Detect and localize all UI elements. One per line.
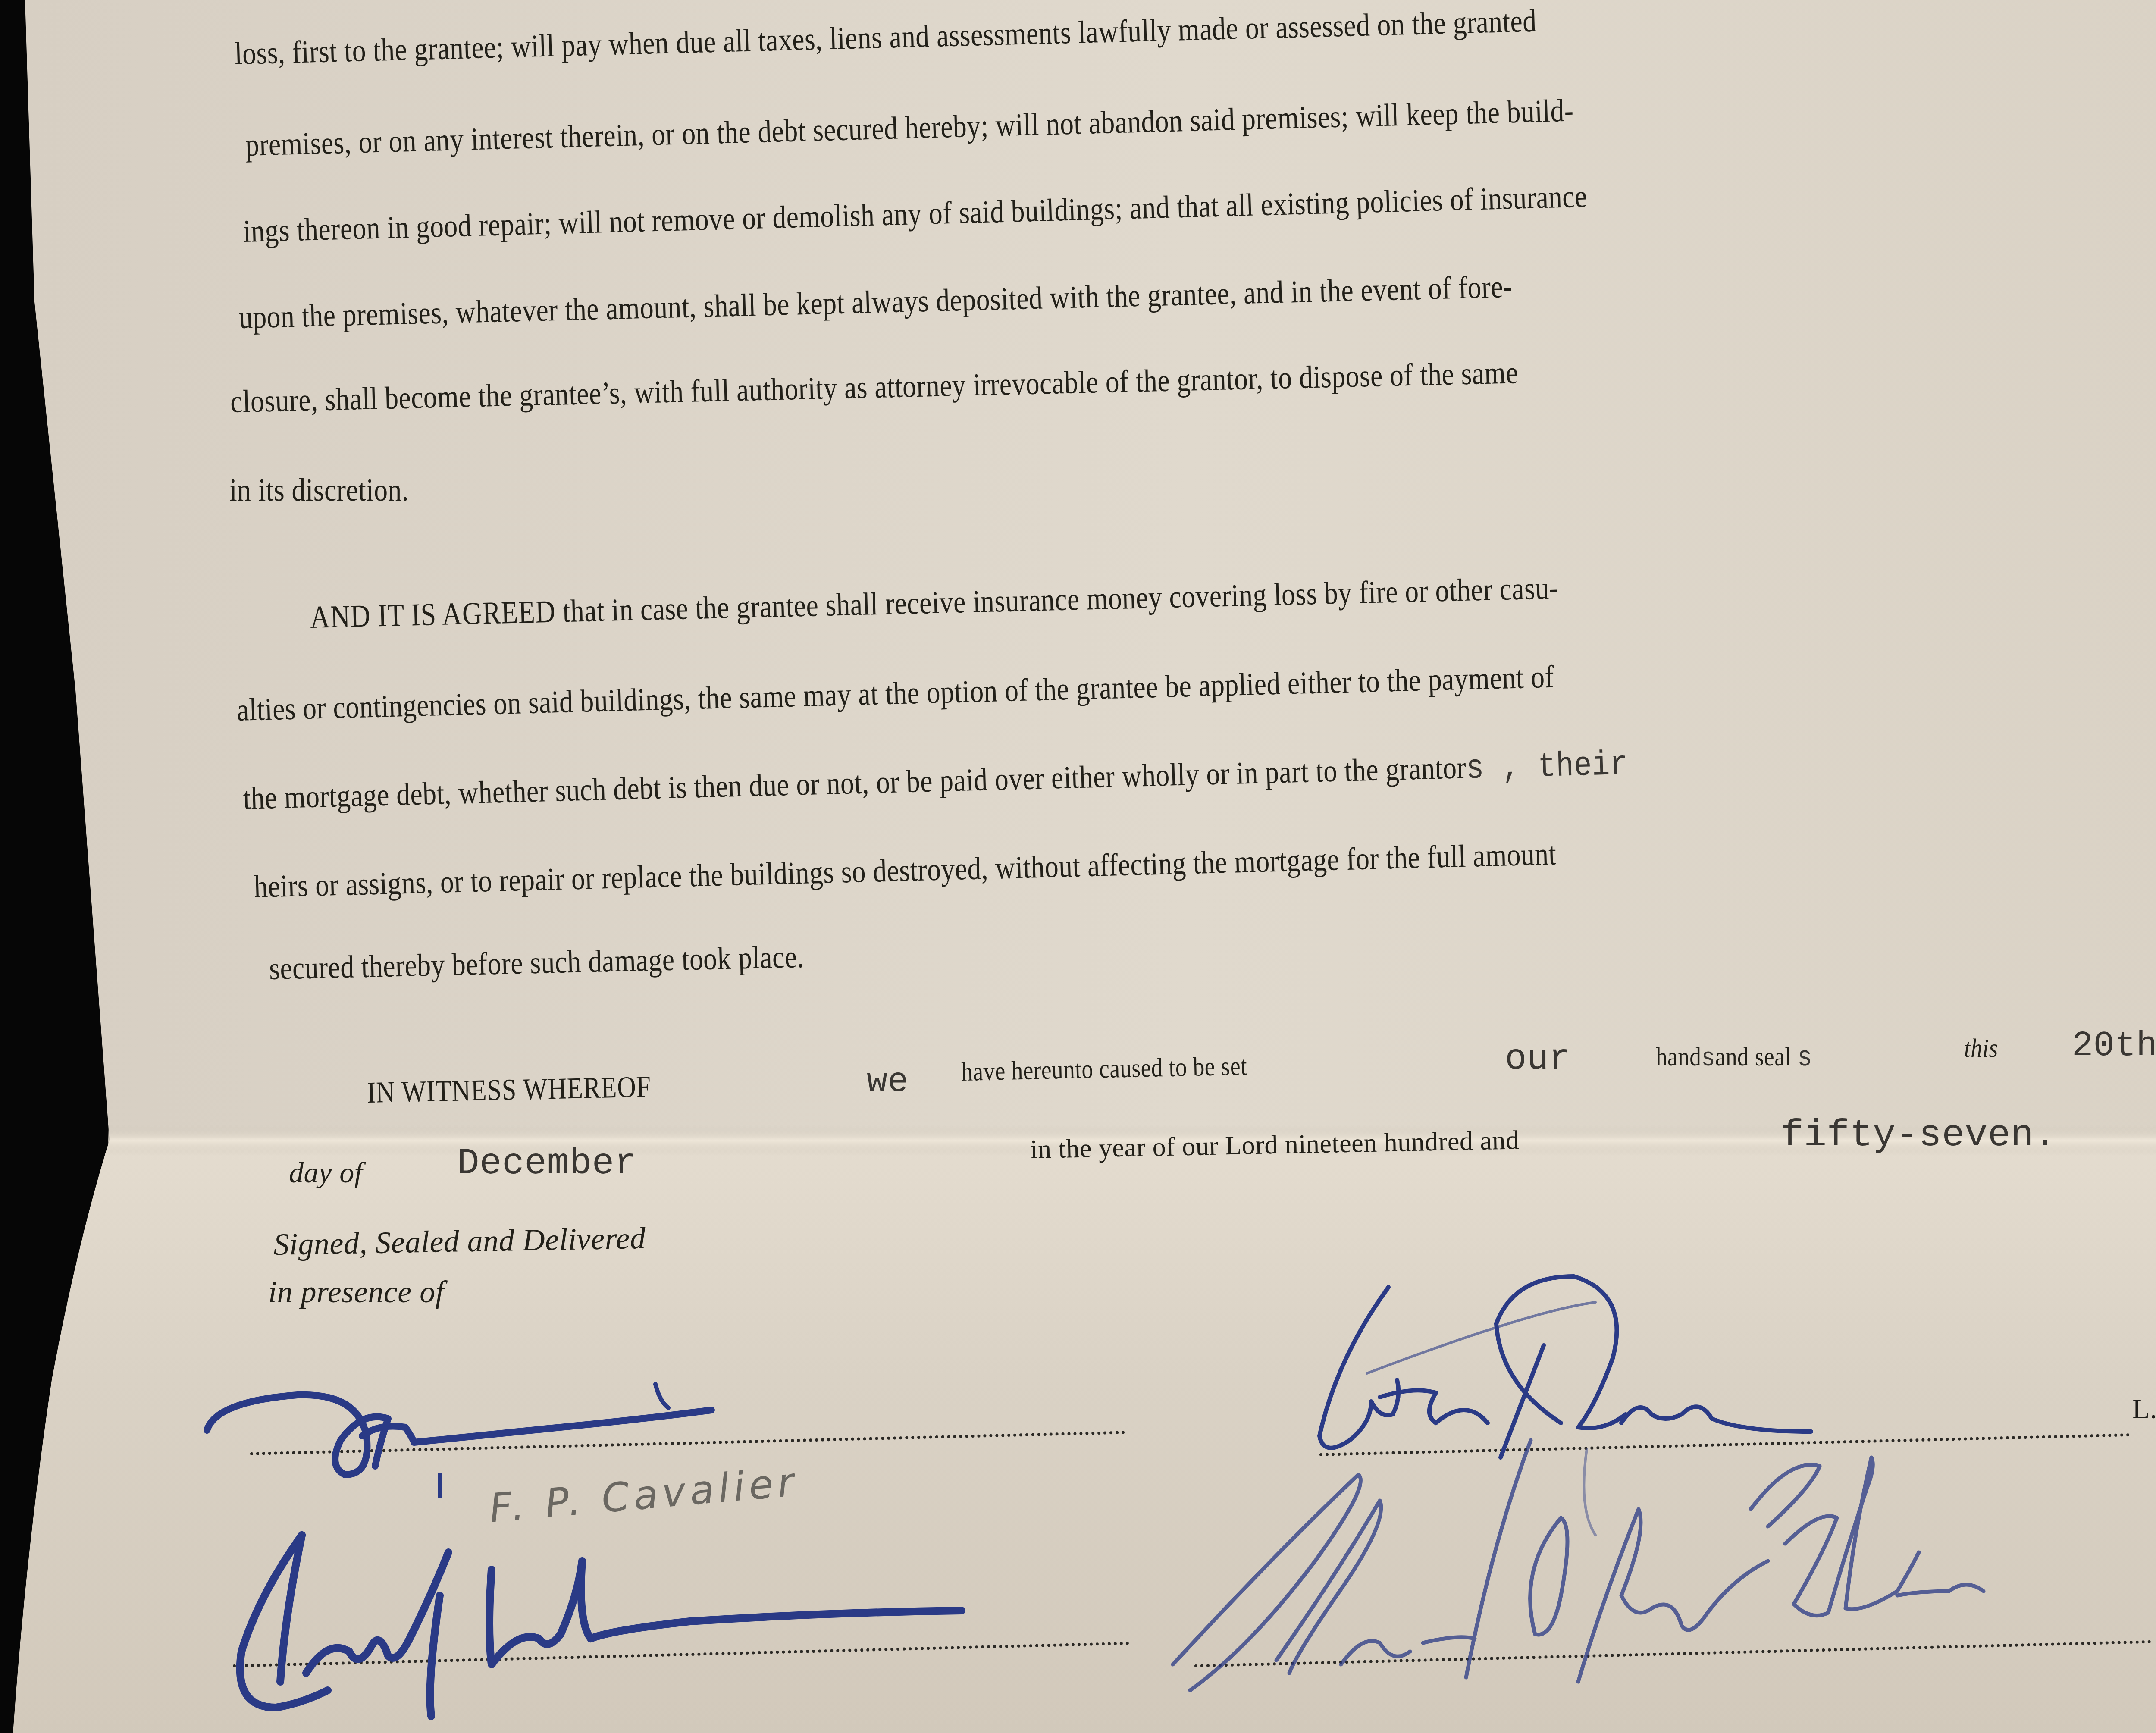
document-photo: loss, first to the grantee; will pay whe… — [0, 0, 2156, 1733]
signatures-layer — [0, 0, 2156, 1733]
witness-2-signature — [240, 1535, 962, 1716]
grantor-1-signature — [1319, 1276, 1811, 1457]
grantor-2-signature — [1173, 1440, 1984, 1690]
witness-1-signature — [207, 1384, 711, 1496]
